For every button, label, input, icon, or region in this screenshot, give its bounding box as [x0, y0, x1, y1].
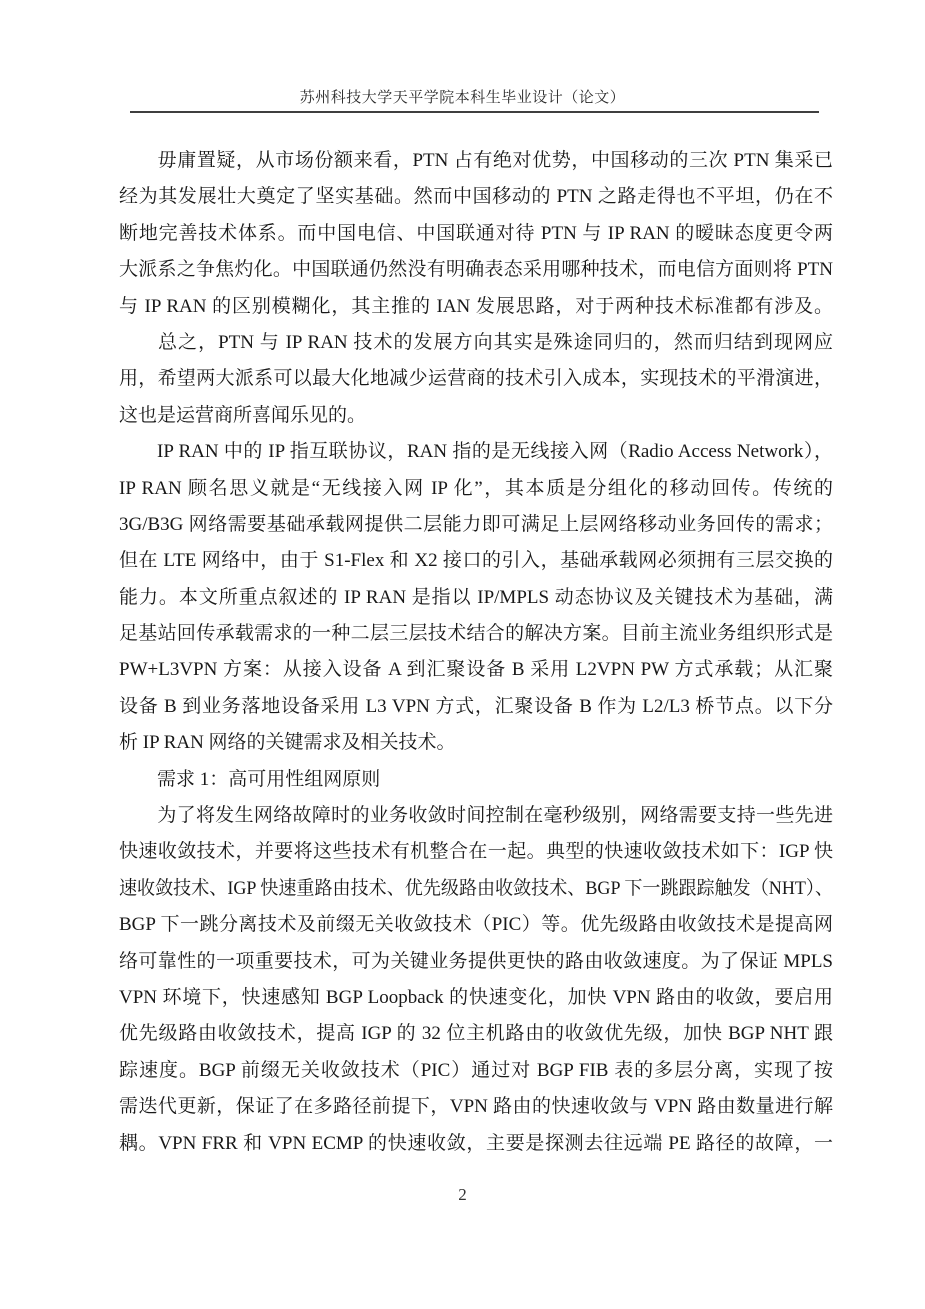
text-line: 大派系之争焦灼化。中国联通仍然没有明确表态采用哪种技术，而电信方面则将 PTN	[119, 252, 833, 288]
text-line: 3G/B3G 网络需要基础承载网提供二层能力即可满足上层网络移动业务回传的需求；	[119, 507, 833, 543]
text-line: 踪速度。BGP 前缀无关收敛技术（PIC）通过对 BGP FIB 表的多层分离，…	[119, 1053, 833, 1089]
text-line: 与 IP RAN 的区别模糊化，其主推的 IAN 发展思路，对于两种技术标准都有…	[119, 289, 833, 325]
page-header-title: 苏州科技大学天平学院本科生毕业设计（论文）	[0, 89, 925, 107]
text-line: 经为其发展壮大奠定了坚实基础。然而中国移动的 PTN 之路走得也不平坦，仍在不	[119, 179, 833, 215]
text-line: 耦。VPN FRR 和 VPN ECMP 的快速收敛，主要是探测去往远端 PE …	[119, 1126, 833, 1162]
text-line: 设备 B 到业务落地设备采用 L3 VPN 方式，汇聚设备 B 作为 L2/L3…	[119, 689, 833, 725]
text-line: 总之，PTN 与 IP RAN 技术的发展方向其实是殊途同归的，然而归结到现网应	[119, 325, 833, 361]
text-line: 这也是运营商所喜闻乐见的。	[119, 398, 833, 434]
text-line: 需求 1：高可用性组网原则	[119, 762, 833, 798]
page-number: 2	[0, 1184, 925, 1206]
text-line: 快速收敛技术，并要将这些技术有机整合在一起。典型的快速收敛技术如下：IGP 快	[119, 834, 833, 870]
text-line: 优先级路由收敛技术，提高 IGP 的 32 位主机路由的收敛优先级，加快 BGP…	[119, 1016, 833, 1052]
text-line: 能力。本文所重点叙述的 IP RAN 是指以 IP/MPLS 动态协议及关键技术…	[119, 580, 833, 616]
text-line: 络可靠性的一项重要技术，可为关键业务提供更快的路由收敛速度。为了保证 MPLS	[119, 944, 833, 980]
text-line: 为了将发生网络故障时的业务收敛时间控制在毫秒级别，网络需要支持一些先进	[119, 798, 833, 834]
text-line: 但在 LTE 网络中，由于 S1-Flex 和 X2 接口的引入，基础承载网必须…	[119, 543, 833, 579]
text-line: 用，希望两大派系可以最大化地减少运营商的技术引入成本，实现技术的平滑演进，	[119, 361, 833, 397]
text-line: IP RAN 中的 IP 指互联协议，RAN 指的是无线接入网（Radio Ac…	[119, 434, 833, 470]
text-line: PW+L3VPN 方案：从接入设备 A 到汇聚设备 B 采用 L2VPN PW …	[119, 652, 833, 688]
header-divider	[130, 111, 819, 113]
document-body: 毋庸置疑，从市场份额来看，PTN 占有绝对优势，中国移动的三次 PTN 集采已经…	[119, 143, 833, 1162]
text-line: 速收敛技术、IGP 快速重路由技术、优先级路由收敛技术、BGP 下一跳跟踪触发（…	[119, 871, 833, 907]
document-page: 苏州科技大学天平学院本科生毕业设计（论文） 毋庸置疑，从市场份额来看，PTN 占…	[0, 0, 925, 1309]
text-line: 析 IP RAN 网络的关键需求及相关技术。	[119, 725, 833, 761]
text-line: VPN 环境下，快速感知 BGP Loopback 的快速变化，加快 VPN 路…	[119, 980, 833, 1016]
text-line: 毋庸置疑，从市场份额来看，PTN 占有绝对优势，中国移动的三次 PTN 集采已	[119, 143, 833, 179]
text-line: 断地完善技术体系。而中国电信、中国联通对待 PTN 与 IP RAN 的暧昧态度…	[119, 216, 833, 252]
text-line: 足基站回传承载需求的一种二层三层技术结合的解决方案。目前主流业务组织形式是	[119, 616, 833, 652]
text-line: BGP 下一跳分离技术及前缀无关收敛技术（PIC）等。优先级路由收敛技术是提高网	[119, 907, 833, 943]
text-line: 需迭代更新，保证了在多路径前提下，VPN 路由的快速收敛与 VPN 路由数量进行…	[119, 1089, 833, 1125]
text-line: IP RAN 顾名思义就是“无线接入网 IP 化”，其本质是分组化的移动回传。传…	[119, 471, 833, 507]
